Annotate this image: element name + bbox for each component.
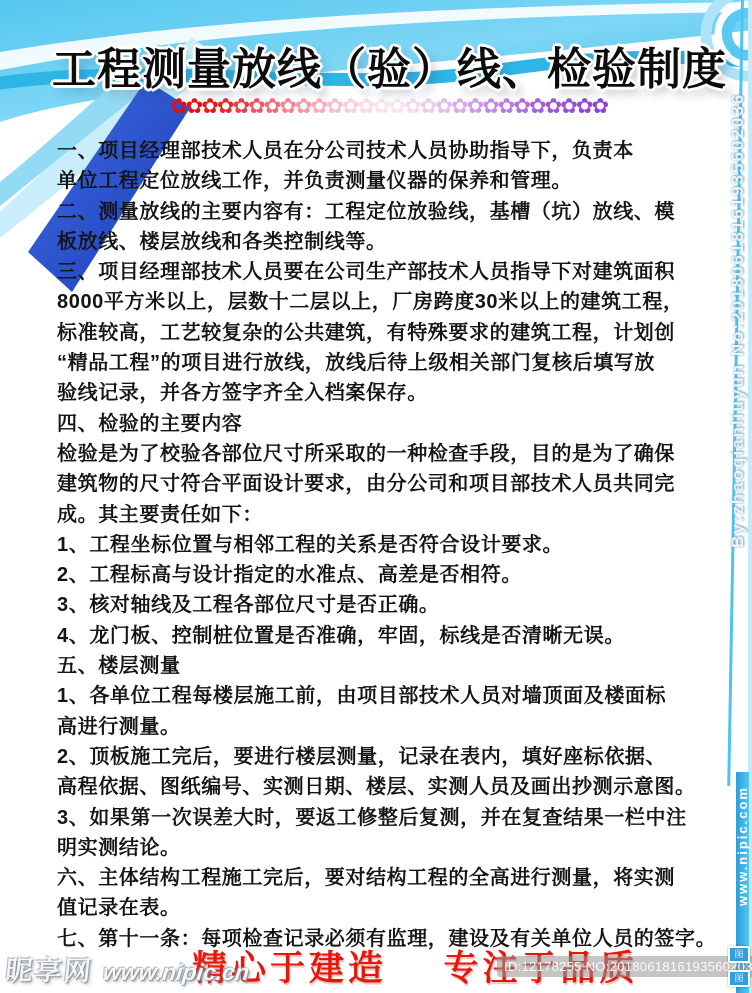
text-line: 高进行测量。 [57, 712, 716, 742]
text-line: 五、楼层测量 [57, 651, 716, 681]
text-line: 1、各单位工程每楼层施工前，由项目部技术人员对墙顶面及楼面标 [57, 681, 716, 711]
flower-row: ✿✿✿✿✿✿✿✿✿✿✿✿✿✿✿✿✿✿✿✿✿✿✿✿✿✿✿✿ [170, 94, 607, 119]
text-line: 1、工程坐标位置与相邻工程的关系是否符合设计要求。 [57, 530, 716, 560]
nipic-logo-icon: 图 [728, 946, 750, 963]
watermark-site-name: 昵享网 [4, 956, 94, 986]
text-line: 检验是为了校验各部位尺寸所采取的一种检查手段，目的是为了确保 [57, 439, 716, 469]
nipic-logo-glyph: 图 [734, 949, 743, 959]
nipic-logo-glyph: 图 [734, 973, 743, 983]
text-line: 六、主体结构工程施工完后，要对结构工程的全高进行测量，将实测 [57, 863, 716, 893]
text-line: 验线记录，并各方签字齐全入档案保存。 [57, 378, 716, 408]
text-line: 一、项目经理部技术人员在分公司技术人员协助指导下，负责本 [57, 136, 716, 166]
text-line: 四、检验的主要内容 [57, 409, 716, 439]
text-line: 成。其主要责任如下： [57, 500, 716, 530]
text-line: 2、顶板施工完后，要进行楼层测量，记录在表内，填好座标依据、 [57, 742, 716, 772]
strip-url-text: www.nipic.com [735, 786, 750, 906]
text-line: 二、测量放线的主要内容有：工程定位放验线，基槽（坑）放线、模 [57, 197, 716, 227]
text-line: 板放线、楼层放线和各类控制线等。 [57, 227, 716, 257]
text-line: 值记录在表。 [57, 893, 716, 923]
text-line: 8000平方米以上，层数十二层以上，厂房跨度30米以上的建筑工程， [57, 287, 716, 317]
watermark-site-url: www.nipic.cn [102, 959, 251, 985]
text-line: 4、龙门板、控制桩位置是否准确，牢固，标线是否清晰无误。 [57, 621, 716, 651]
text-line: 2、工程标高与设计指定的水准点、高差是否相符。 [57, 560, 716, 590]
watermark-site: 昵享网 www.nipic.cn [4, 949, 252, 988]
poster-title: 工程测量放线（验）线、检验制度 [52, 33, 727, 97]
poster: 工程测量放线（验）线、检验制度 ✿✿✿✿✿✿✿✿✿✿✿✿✿✿✿✿✿✿✿✿✿✿✿✿… [0, 0, 752, 993]
text-line: 三、项目经理部技术人员要在公司生产部技术人员指导下对建筑面积 [57, 257, 716, 287]
text-line: 3、核对轴线及工程各部位尺寸是否正确。 [57, 590, 716, 620]
text-line: 建筑物的尺寸符合平面设计要求，由分公司和项目部技术人员共同完 [57, 469, 716, 499]
text-line: 3、如果第一次误差大时，要返工修整后复测，并在复查结果一栏中注 [57, 803, 716, 833]
text-line: 标准较高，工艺较复杂的公共建筑，有特殊要求的建筑工程，计划创 [57, 318, 716, 348]
watermark-side-vertical: By:zhaoqianliuyun No:2018061816193560203… [728, 93, 748, 548]
watermark-id: ID:12178255 NO:20180618161935602036 [497, 956, 752, 977]
text-line: 单位工程定位放线工作，并负责测量仪器的保养和管理。 [57, 166, 716, 196]
text-line: “精品工程”的项目进行放线，放线后待上级相关部门复核后填写放 [57, 348, 716, 378]
flower-icon: ✿ [591, 94, 609, 119]
nipic-logo-icon: 图 [728, 970, 750, 987]
body-text: 一、项目经理部技术人员在分公司技术人员协助指导下，负责本单位工程定位放线工作，并… [57, 136, 716, 954]
text-line: 高程依据、图纸编号、实测日期、楼层、实测人员及画出抄测示意图。 [57, 772, 716, 802]
text-line: 明实测结论。 [57, 833, 716, 863]
